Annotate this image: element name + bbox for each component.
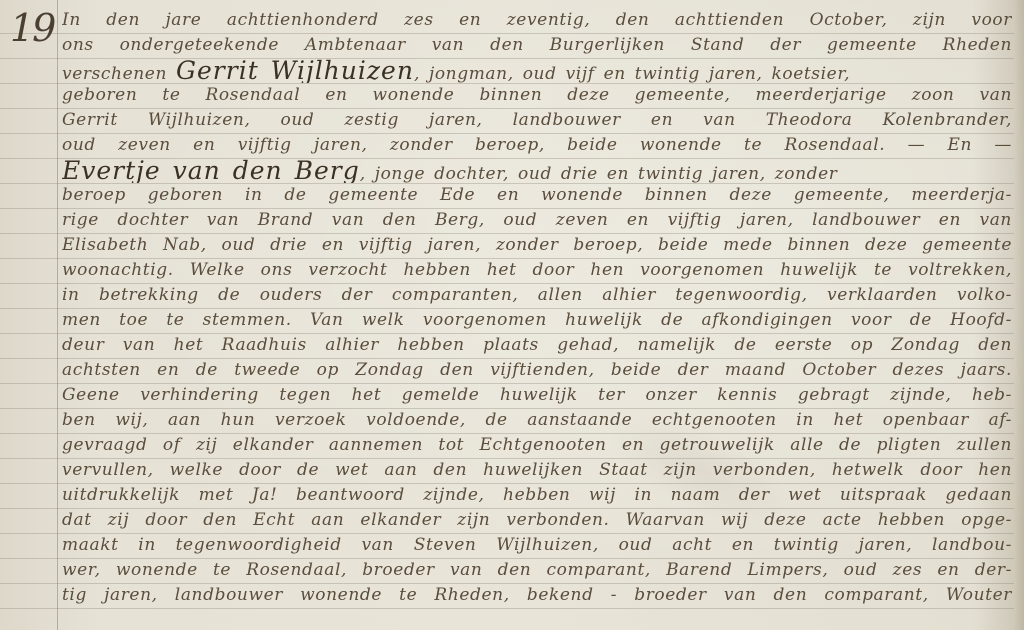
- text-line: ben wij, aan hun verzoek voldoende, de a…: [62, 408, 1012, 433]
- text-line: uitdrukkelijk met Ja! beantwoord zijnde,…: [62, 483, 1012, 508]
- text-line: vervullen, welke door de wet aan den huw…: [62, 458, 1012, 483]
- groom-name: Gerrit Wijlhuizen: [176, 58, 414, 83]
- text-line: ons ondergeteekende Ambtenaar van den Bu…: [62, 33, 1012, 58]
- entry-number: 19: [10, 6, 54, 50]
- text-line: wer, wonende te Rosendaal, broeder van d…: [62, 558, 1012, 583]
- text-line: achtsten en de tweede op Zondag den vijf…: [62, 358, 1012, 383]
- text-line: deur van het Raadhuis alhier hebben plaa…: [62, 333, 1012, 358]
- text-line: men toe te stemmen. Van welk voorgenomen…: [62, 308, 1012, 333]
- text-line: gevraagd of zij elkander aannemen tot Ec…: [62, 433, 1012, 458]
- text-line-groom: verschenen Gerrit Wijlhuizen, jongman, o…: [62, 58, 1012, 83]
- bride-details: , jonge dochter, oud drie en twintig jar…: [360, 164, 838, 183]
- text-line: woonachtig. Welke ons verzocht hebben he…: [62, 258, 1012, 283]
- text-line: In den jare achttienhonderd zes en zeven…: [62, 8, 1012, 33]
- text-line: dat zij door den Echt aan elkander zijn …: [62, 508, 1012, 533]
- text-line-bride: Evertje van den Berg, jonge dochter, oud…: [62, 158, 1012, 183]
- text-line: Elisabeth Nab, oud drie en vijftig jaren…: [62, 233, 1012, 258]
- text-line: maakt in tegenwoordigheid van Steven Wij…: [62, 533, 1012, 558]
- bride-name: Evertje van den Berg: [62, 158, 360, 183]
- text-line: beroep geboren in de gemeente Ede en won…: [62, 183, 1012, 208]
- text-line: Geene verhindering tegen het gemelde huw…: [62, 383, 1012, 408]
- margin-line: [57, 0, 58, 630]
- text-line: in betrekking de ouders der comparanten,…: [62, 283, 1012, 308]
- entry-text: In den jare achttienhonderd zes en zeven…: [62, 8, 1012, 608]
- text-line: oud zeven en vijftig jaren, zonder beroe…: [62, 133, 1012, 158]
- groom-details: , jongman, oud vijf en twintig jaren, ko…: [414, 64, 850, 83]
- register-page: 19 In den jare achttienhonderd zes en ze…: [0, 0, 1024, 630]
- ruled-line: [0, 608, 1014, 609]
- text-line: tig jaren, landbouwer wonende te Rheden,…: [62, 583, 1012, 608]
- text-line: geboren te Rosendaal en wonende binnen d…: [62, 83, 1012, 108]
- text-line: rige dochter van Brand van den Berg, oud…: [62, 208, 1012, 233]
- text-fragment: verschenen: [62, 64, 167, 83]
- text-line: Gerrit Wijlhuizen, oud zestig jaren, lan…: [62, 108, 1012, 133]
